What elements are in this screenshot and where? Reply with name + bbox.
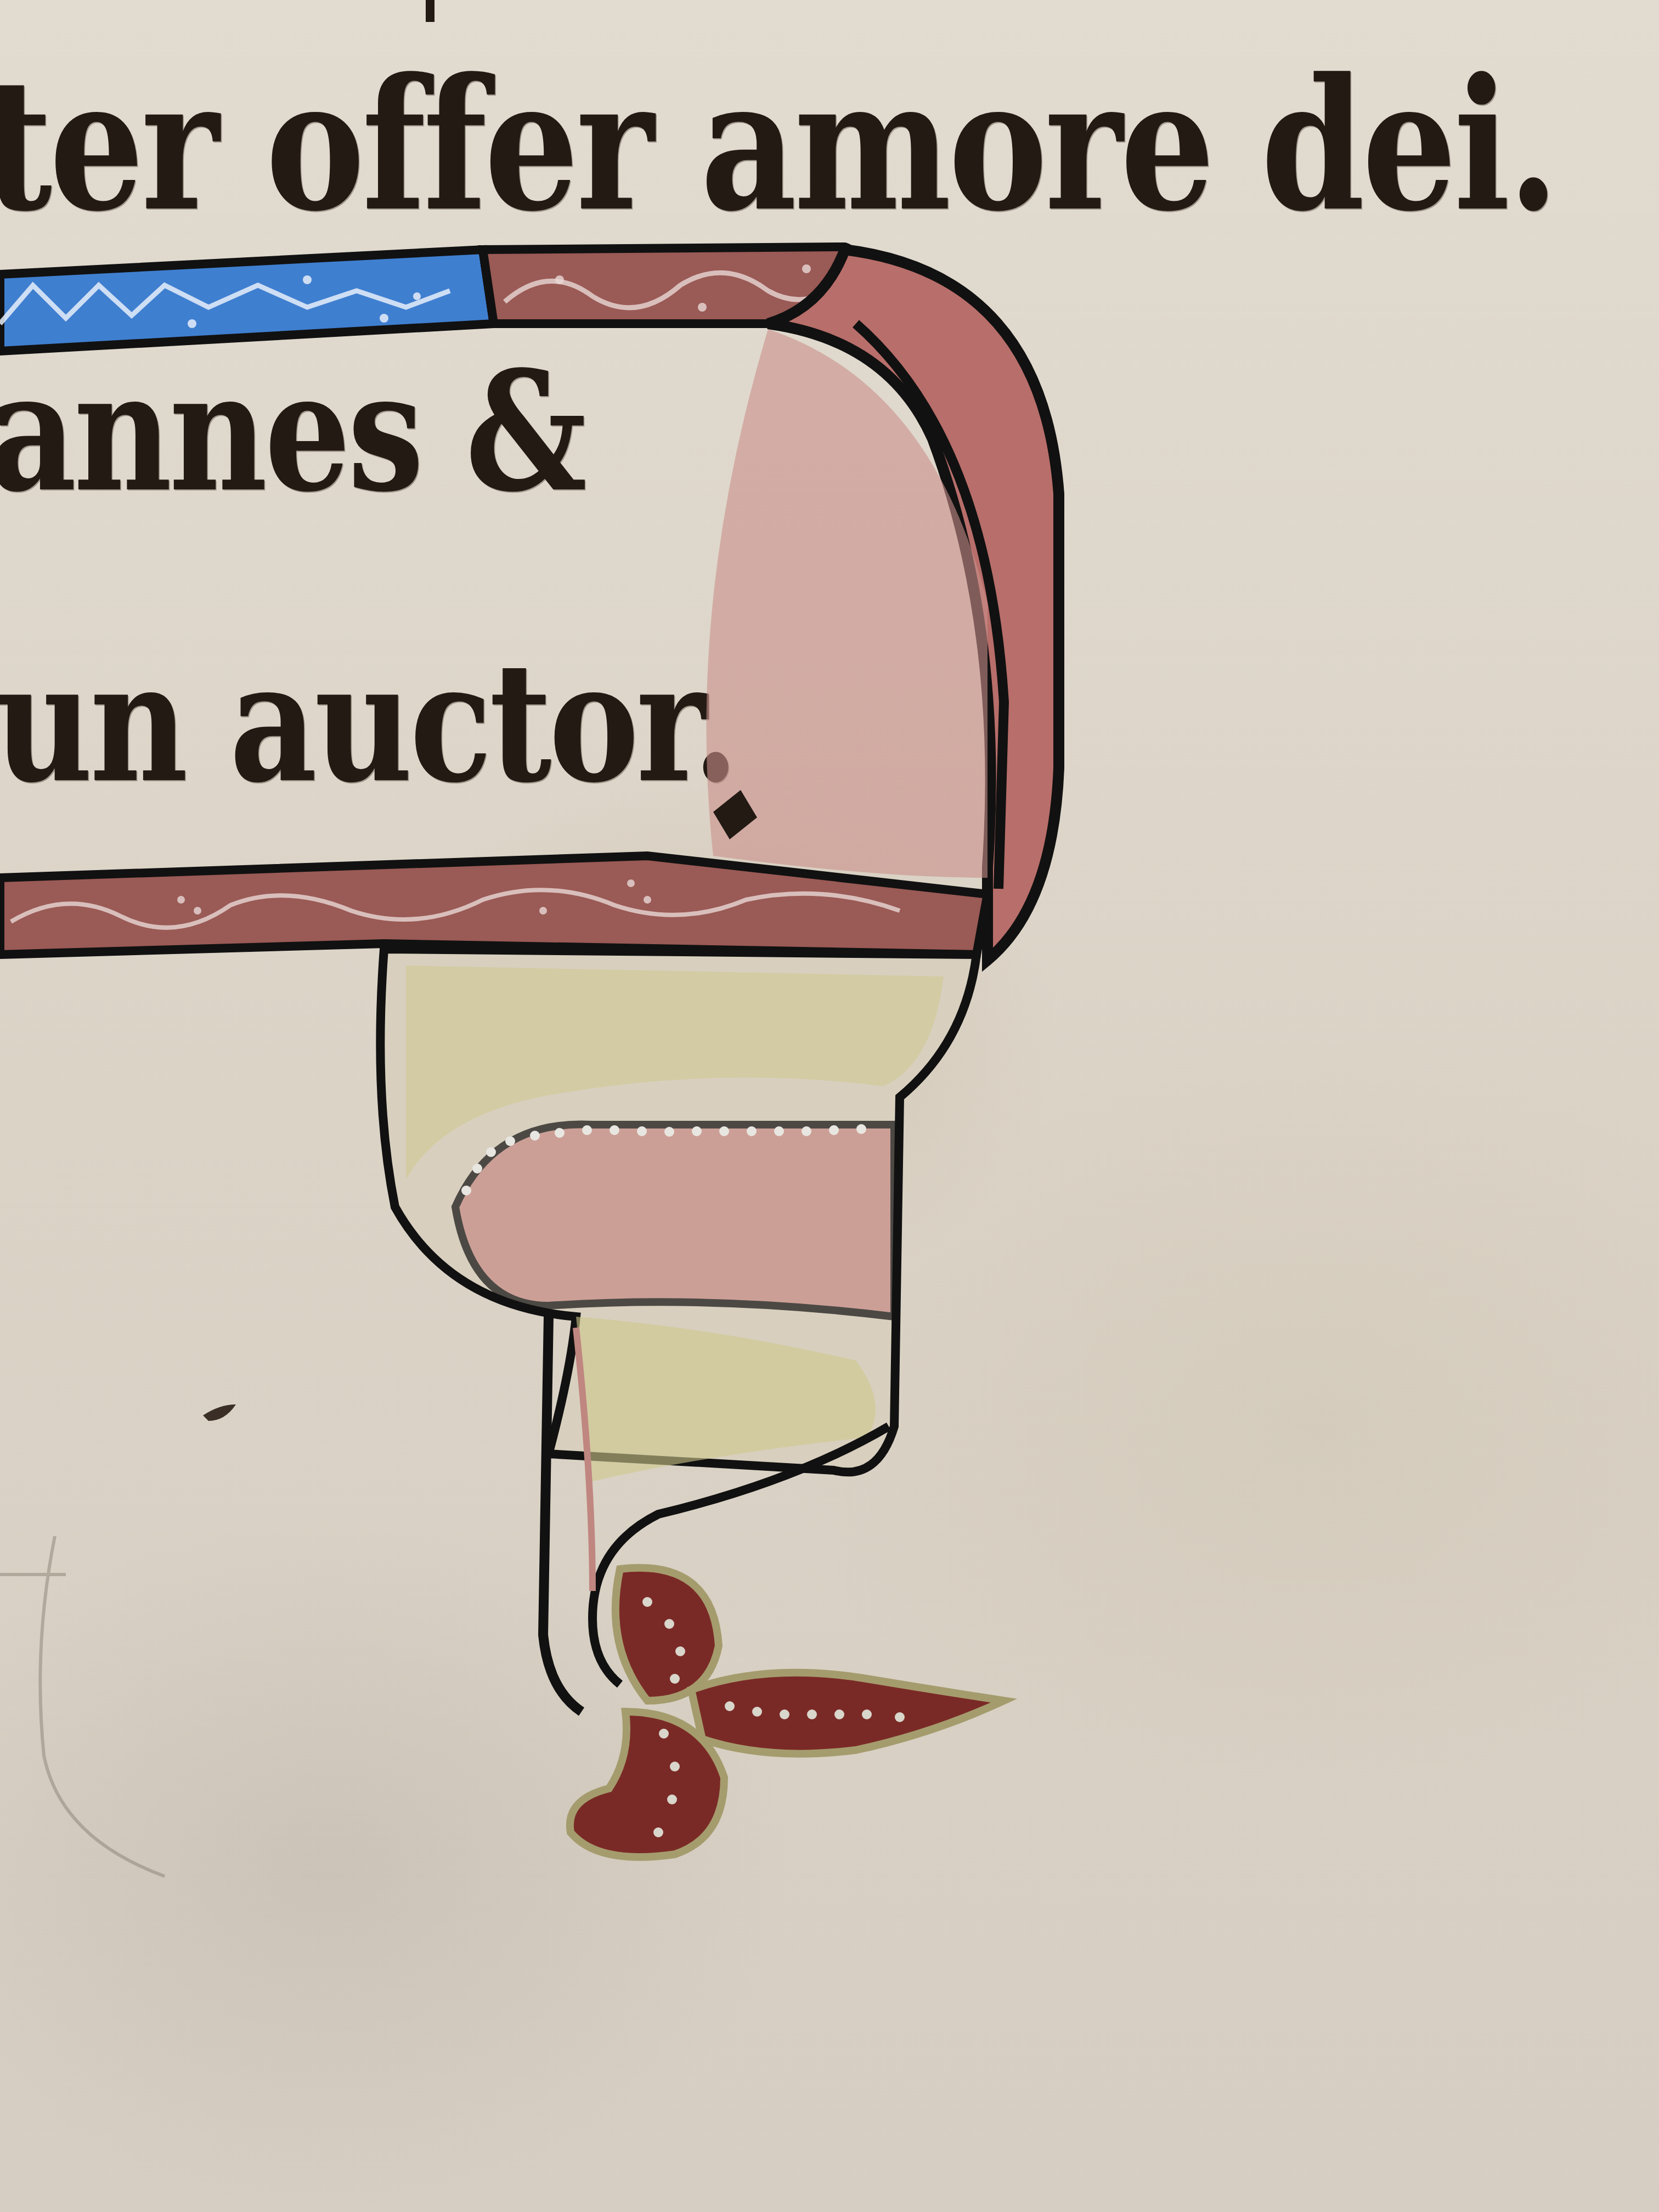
curled-scroll-end: [707, 250, 1059, 960]
illumination: [0, 0, 1659, 2212]
lower-scroll-fold: [380, 949, 977, 1481]
faint-drypoint-marks: [0, 1536, 165, 1876]
ascender-mark: [426, 0, 435, 22]
manuscript-page: ter offer amore dei. annes & un auctor.: [0, 0, 1659, 2212]
trefoil-leaf-terminal: [570, 1568, 1004, 1857]
blue-band: [0, 250, 494, 351]
ink-speck: [203, 1404, 236, 1421]
